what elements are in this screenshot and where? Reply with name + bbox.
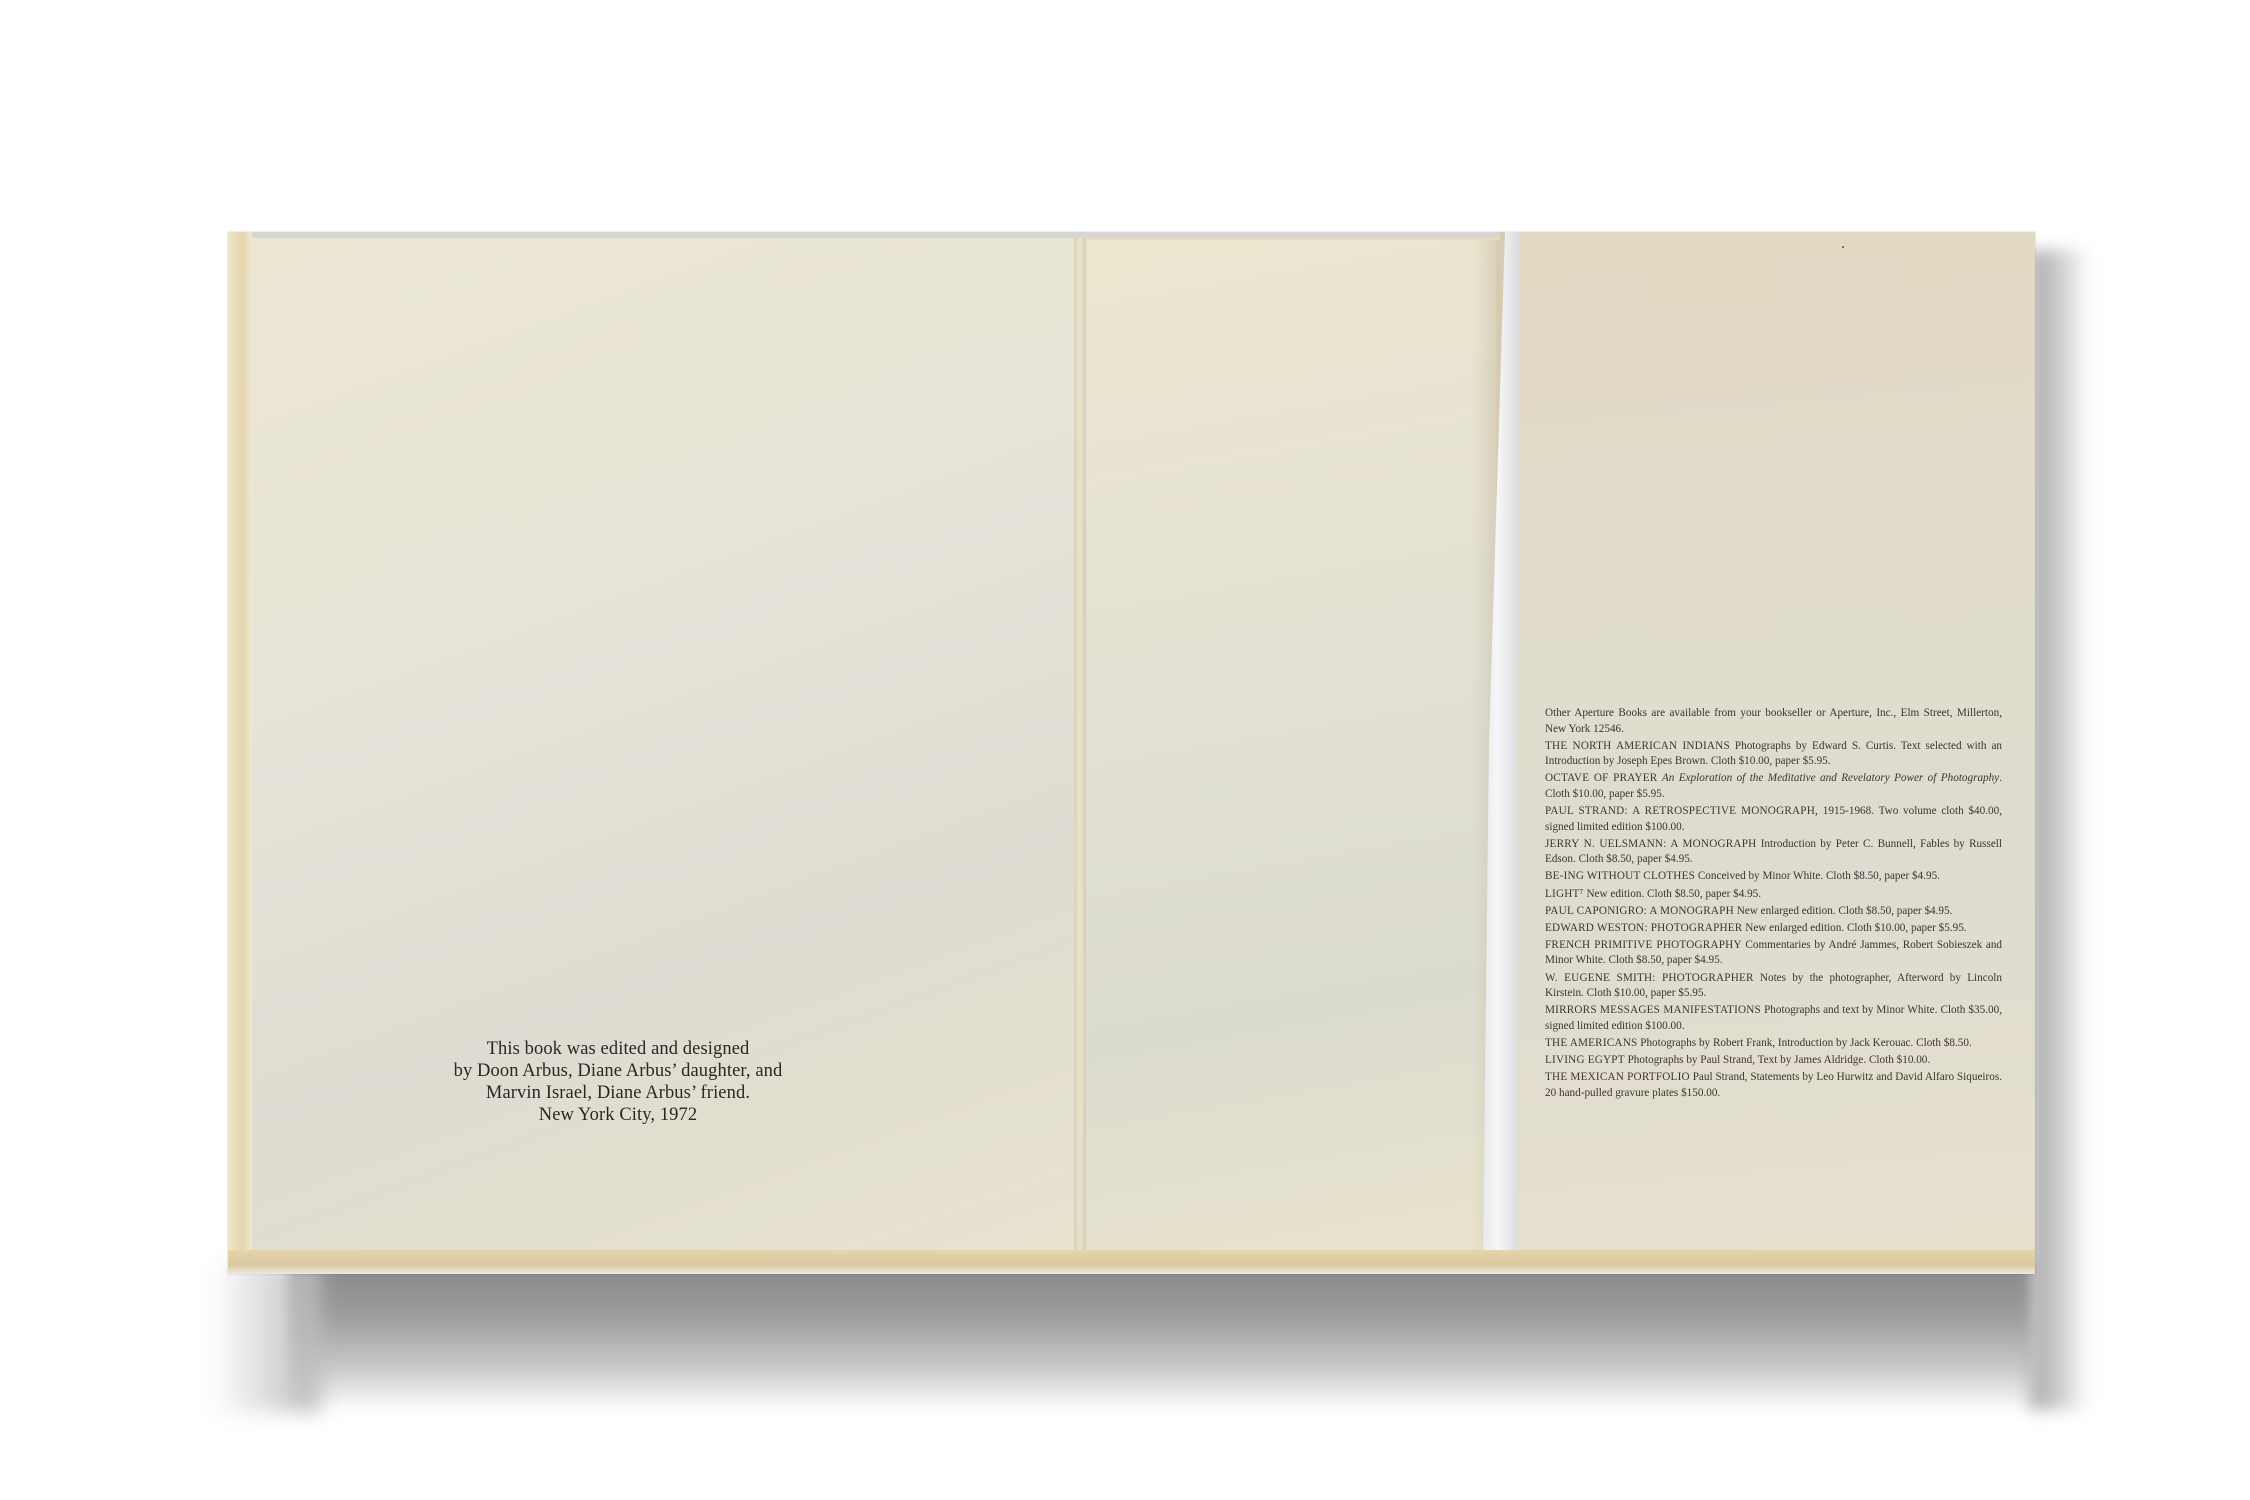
drop-shadow-right (2030, 250, 2090, 1410)
book-entry: THE NORTH AMERICAN INDIANS Photographs b… (1545, 739, 2002, 770)
book-details: Photographs by Paul Strand, Text by Jame… (1628, 1054, 1931, 1066)
photo-stage: This book was edited and designed by Doo… (0, 0, 2250, 1500)
board-edge-left (228, 232, 252, 1274)
book-entry: THE MEXICAN PORTFOLIO Paul Strand, State… (1545, 1070, 2002, 1101)
drop-shadow (290, 1262, 2035, 1412)
book-entry: BE-ING WITHOUT CLOTHES Conceived by Mino… (1545, 869, 2002, 885)
colophon-line: Marvin Israel, Diane Arbus’ friend. (328, 1082, 908, 1104)
board-edge-bottom (228, 1250, 2035, 1274)
book-title: EDWARD WESTON: PHOTOGRAPHER (1545, 922, 1742, 934)
book-gutter (1074, 238, 1086, 1250)
book-title: THE NORTH AMERICAN INDIANS (1545, 740, 1730, 752)
book-entry: PAUL CAPONIGRO: A MONOGRAPH New enlarged… (1545, 904, 2002, 920)
free-endpaper (1086, 240, 1496, 1250)
book-details: New enlarged edition. Cloth $10.00, pape… (1745, 922, 1966, 934)
book-entry: OCTAVE OF PRAYER An Exploration of the M… (1545, 771, 2002, 802)
book-title: PAUL STRAND: A RETROSPECTIVE MONOGRAPH, (1545, 805, 1818, 817)
book-details: Photographs by Robert Frank, Introductio… (1640, 1037, 1972, 1049)
book-entry: FRENCH PRIMITIVE PHOTOGRAPHY Commentarie… (1545, 938, 2002, 969)
book-title: LIVING EGYPT (1545, 1054, 1625, 1066)
book-title: THE AMERICANS (1545, 1037, 1637, 1049)
book-entry: LIVING EGYPT Photographs by Paul Strand,… (1545, 1053, 2002, 1069)
colophon: This book was edited and designed by Doo… (328, 1038, 908, 1126)
book-entry: THE AMERICANS Photographs by Robert Fran… (1545, 1036, 2002, 1052)
book-entry: PAUL STRAND: A RETROSPECTIVE MONOGRAPH, … (1545, 804, 2002, 835)
book-title: THE MEXICAN PORTFOLIO (1545, 1071, 1690, 1083)
book-details: Conceived by Minor White. Cloth $8.50, p… (1698, 870, 1940, 882)
book-details: New edition. Cloth $8.50, paper $4.95. (1586, 888, 1761, 900)
book-list-intro: Other Aperture Books are available from … (1545, 706, 2002, 737)
book-entry: LIGHT⁷ New edition. Cloth $8.50, paper $… (1545, 887, 2002, 903)
book-entry: MIRRORS MESSAGES MANIFESTATIONS Photogra… (1545, 1003, 2002, 1034)
book-title: W. EUGENE SMITH: PHOTOGRAPHER (1545, 972, 1754, 984)
colophon-line: New York City, 1972 (328, 1104, 908, 1126)
aperture-book-list: Other Aperture Books are available from … (1545, 706, 2002, 1103)
book-title: PAUL CAPONIGRO: A MONOGRAPH (1545, 905, 1734, 917)
book-subtitle: An Exploration of the Meditative and Rev… (1662, 772, 1999, 784)
book-title: FRENCH PRIMITIVE PHOTOGRAPHY (1545, 939, 1742, 951)
book-title: BE-ING WITHOUT CLOTHES (1545, 870, 1695, 882)
colophon-line: by Doon Arbus, Diane Arbus’ daughter, an… (328, 1060, 908, 1082)
drop-shadow-left (210, 1262, 320, 1412)
book-entry: EDWARD WESTON: PHOTOGRAPHER New enlarged… (1545, 921, 2002, 937)
book-entry: W. EUGENE SMITH: PHOTOGRAPHER Notes by t… (1545, 971, 2002, 1002)
paper-speck (1842, 246, 1844, 248)
book-details: New enlarged edition. Cloth $8.50, paper… (1737, 905, 1953, 917)
book-entry: JERRY N. UELSMANN: A MONOGRAPH Introduct… (1545, 837, 2002, 868)
book-title: MIRRORS MESSAGES MANIFESTATIONS (1545, 1004, 1761, 1016)
book-title: JERRY N. UELSMANN: A MONOGRAPH (1545, 838, 1756, 850)
book-title: LIGHT⁷ (1545, 888, 1584, 900)
book-title: OCTAVE OF PRAYER (1545, 772, 1657, 784)
colophon-line: This book was edited and designed (328, 1038, 908, 1060)
